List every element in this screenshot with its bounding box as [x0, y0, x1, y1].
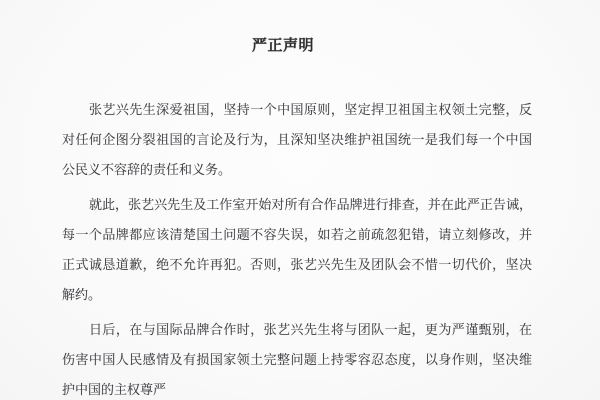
statement-body: 张艺兴先生深爱祖国，坚持一个中国原则，坚定捍卫祖国主权领土完整，反 对任何企图分…: [62, 95, 532, 400]
text-line: 日后，在与国际品牌合作时，张艺兴先生将与团队一起，更为严谨甄别，在: [62, 315, 532, 345]
text-line: 就此，张艺兴先生及工作室开始对所有合作品牌进行排查，并在此严正告诫，: [62, 190, 532, 220]
paragraph-2: 就此，张艺兴先生及工作室开始对所有合作品牌进行排查，并在此严正告诫， 每一个品牌…: [62, 190, 532, 310]
paragraph-1: 张艺兴先生深爱祖国，坚持一个中国原则，坚定捍卫祖国主权领土完整，反 对任何企图分…: [62, 95, 532, 185]
text-line: 每一个品牌都应该清楚国土问题不容失误，如若之前疏忽犯错，请立刻修改，并: [62, 220, 532, 250]
text-line: 伤害中国人民感情及有损国家领土完整问题上持零容忍态度，以身作则，坚决维: [62, 345, 532, 375]
statement-title: 严正声明: [252, 34, 314, 55]
paragraph-3: 日后，在与国际品牌合作时，张艺兴先生将与团队一起，更为严谨甄别，在 伤害中国人民…: [62, 315, 532, 400]
text-line: 解约。: [62, 280, 532, 310]
text-line: 护中国的主权尊严: [62, 375, 532, 400]
text-line: 公民义不容辞的责任和义务。: [62, 155, 532, 185]
text-line: 正式诚恳道歉，绝不允许再犯。否则，张艺兴先生及团队会不惜一切代价，坚决: [62, 250, 532, 280]
text-line: 对任何企图分裂祖国的言论及行为，且深知坚决维护祖国统一是我们每一个中国: [62, 125, 532, 155]
text-line: 张艺兴先生深爱祖国，坚持一个中国原则，坚定捍卫祖国主权领土完整，反: [62, 95, 532, 125]
document-page: 严正声明 张艺兴先生深爱祖国，坚持一个中国原则，坚定捍卫祖国主权领土完整，反 对…: [0, 0, 600, 400]
